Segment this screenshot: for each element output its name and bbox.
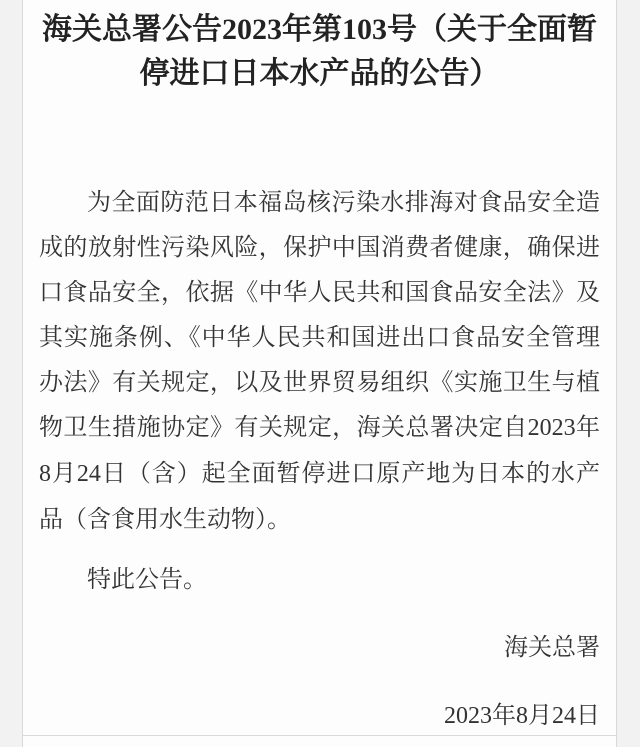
- title-segment: 海关总署公告: [42, 13, 222, 46]
- announcement-body-paragraph: 为全面防范日本福岛核污染水排海对食品安全造成的放射性污染风险，保护中国消费者健康…: [39, 180, 600, 542]
- date-month-number: 8: [516, 703, 528, 729]
- bottom-divider: [23, 735, 616, 736]
- closing-line: 特此公告。: [39, 557, 207, 602]
- issue-date: 2023年8月24日: [444, 693, 600, 739]
- announcement-page: 海关总署公告2023年第103号（关于全面暂停进口日本水产品的公告） 为全面防范…: [22, 0, 617, 747]
- title-segment: 年第: [282, 13, 342, 46]
- body-text-segment: 日（含）起全面暂停进口原产地为日本的水产品（含食用水生动物）。: [39, 460, 600, 533]
- body-text-segment: 月: [51, 460, 77, 487]
- title-announcement-number: 103: [342, 13, 387, 46]
- body-text-segment: 为全面防范日本福岛核污染水排海对食品安全造成的放射性污染风险，保护中国消费者健康…: [39, 189, 600, 441]
- date-text-segment: 日: [576, 702, 600, 729]
- date-day-number: 24: [552, 703, 576, 729]
- screenshot-canvas: 海关总署公告2023年第103号（关于全面暂停进口日本水产品的公告） 为全面防范…: [0, 0, 640, 747]
- date-text-segment: 月: [528, 702, 552, 729]
- date-year-number: 2023: [444, 703, 492, 729]
- issuer-name: 海关总署: [504, 625, 600, 670]
- date-text-segment: 年: [492, 702, 516, 729]
- announcement-title: 海关总署公告2023年第103号（关于全面暂停进口日本水产品的公告）: [39, 8, 600, 96]
- body-text-segment: 年: [576, 414, 600, 441]
- title-year-number: 2023: [222, 13, 282, 46]
- body-year-number: 2023: [528, 415, 576, 441]
- body-month-number: 8: [39, 461, 51, 487]
- body-day-number: 24: [77, 461, 101, 487]
